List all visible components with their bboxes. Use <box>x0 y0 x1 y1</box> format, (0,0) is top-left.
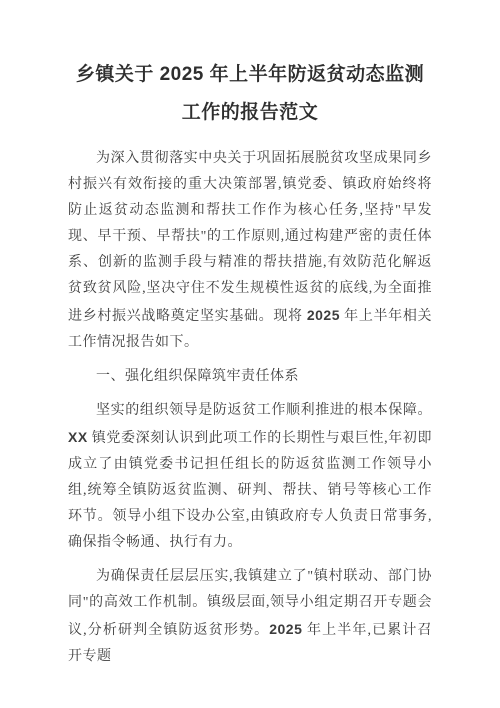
text-run: 2025 <box>307 307 340 323</box>
text-run: 为深入贯彻落实中央关于巩固拓展脱贫攻坚成果同乡村振兴有效衔接的重大决策部署,镇党… <box>68 151 432 324</box>
text-run: 2025 <box>269 621 302 637</box>
section-heading: 一、强化组织保障筑牢责任体系 <box>68 364 432 390</box>
document-title: 乡镇关于 2025 年上半年防返贫动态监测工作的报告范文 <box>68 56 432 132</box>
text-run: XX <box>68 429 88 445</box>
text-run: 一、强化组织保障筑牢责任体系 <box>96 369 299 384</box>
text-run: 坚实的组织领导是防返贫工作顺利推进的根本保障。 <box>96 403 432 418</box>
paragraph: 坚实的组织领导是防返贫工作顺利推进的根本保障。XX 镇党委深刻认识到此项工作的长… <box>68 398 432 556</box>
paragraph: 为深入贯彻落实中央关于巩固拓展脱贫攻坚成果同乡村振兴有效衔接的重大决策部署,镇党… <box>68 146 432 356</box>
document-page: 乡镇关于 2025 年上半年防返贫动态监测工作的报告范文 为深入贯彻落实中央关于… <box>0 0 500 708</box>
text-run: 镇党委深刻认识到此项工作的长期性与艰巨性,年初即成立了由镇党委书记担任组长的防返… <box>68 431 432 550</box>
paragraph: 为确保责任层层压实,我镇建立了"镇村联动、部门协同"的高效工作机制。镇级层面,领… <box>68 564 432 670</box>
document-body: 为深入贯彻落实中央关于巩固拓展脱贫攻坚成果同乡村振兴有效衔接的重大决策部署,镇党… <box>68 146 432 670</box>
